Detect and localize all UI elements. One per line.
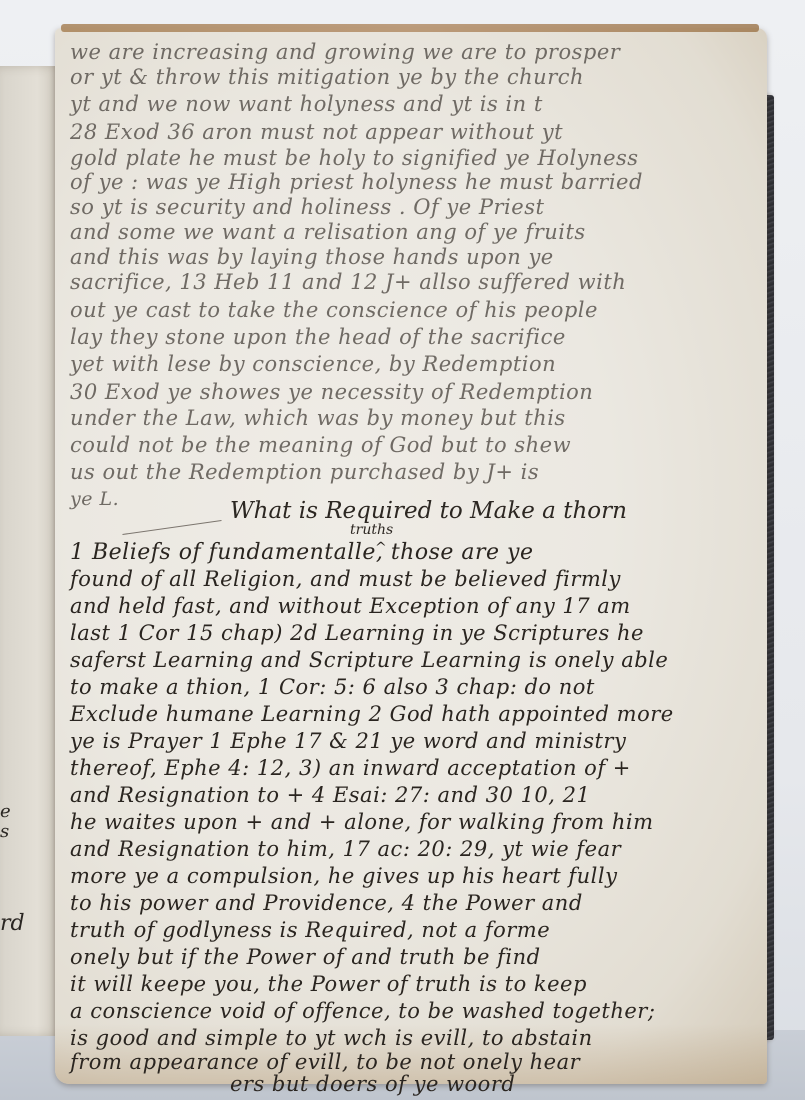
manuscript-line: truth of godlyness is Required, not a fo… (70, 918, 550, 942)
manuscript-line: of ye : was ye High priest holyness he m… (70, 170, 643, 194)
manuscript-line: or yt & throw this mitigation ye by the … (70, 65, 584, 89)
manuscript-line: yet with lese by conscience, by Redempti… (70, 352, 556, 376)
manuscript-line: lay they stone upon the head of the sacr… (70, 325, 566, 349)
manuscript-line: last 1 Cor 15 chap) 2d Learning in ye Sc… (70, 621, 644, 645)
manuscript-line: and this was by laying those hands upon … (70, 245, 554, 269)
manuscript-line: could not be the meaning of God but to s… (70, 433, 571, 457)
manuscript-line: under the Law, which was by money but th… (70, 406, 566, 430)
manuscript-line: thereof, Ephe 4: 12, 3) an inward accept… (70, 756, 631, 780)
manuscript-line: sacrifice, 13 Heb 11 and 12 J+ allso suf… (70, 270, 626, 294)
manuscript-line: to his power and Providence, 4 the Power… (70, 891, 583, 915)
manuscript-line: out ye cast to take the conscience of hi… (70, 298, 598, 322)
manuscript-line: is good and simple to yt wch is evill, t… (70, 1026, 593, 1050)
manuscript-line: so yt is security and holiness . Of ye P… (70, 195, 544, 219)
manuscript-line: to make a thion, 1 Cor: 5: 6 also 3 chap… (70, 675, 595, 699)
manuscript-line: and Resignation to him, 17 ac: 20: 29, y… (70, 837, 621, 861)
facing-page-fragment: e (0, 801, 11, 822)
manuscript-line: ers but doers of ye woord (230, 1072, 515, 1096)
manuscript-line: 30 Exod ye showes ye necessity of Redemp… (70, 380, 593, 404)
manuscript-line: and some we want a relisation ang of ye … (70, 220, 586, 244)
facing-page-fragment: s (0, 821, 9, 842)
facing-page-fragment: rd (0, 911, 25, 936)
manuscript-line: he waites upon + and + alone, for walkin… (70, 810, 653, 834)
manuscript-line: 1 Beliefs of fundamentalle, those are ye (70, 540, 534, 565)
manuscript-line: gold plate he must be holy to signified … (70, 146, 639, 170)
manuscript-line: yt and we now want holyness and yt is in… (70, 92, 543, 116)
manuscript-line: 28 Exod 36 aron must not appear without … (70, 120, 563, 144)
section-heading: What is Required to Make a thorn (230, 498, 627, 524)
manuscript-line: and held fast, and without Exception of … (70, 594, 631, 618)
inserted-word: truths (350, 522, 393, 538)
manuscript-line: us out the Redemption purchased by J+ is (70, 460, 539, 484)
manuscript-line: it will keepe you, the Power of truth is… (70, 972, 587, 996)
manuscript-line: a conscience void of offence, to be wash… (70, 999, 655, 1023)
manuscript-line: ye is Prayer 1 Ephe 17 & 21 ye word and … (70, 729, 626, 753)
manuscript-line: from appearance of evill, to be not onel… (70, 1050, 580, 1074)
manuscript-line: onely but if the Power of and truth be f… (70, 945, 541, 969)
manuscript-line: we are increasing and growing we are to … (70, 40, 620, 64)
manuscript-line: found of all Religion, and must be belie… (70, 567, 621, 591)
manuscript-line: and Resignation to + 4 Esai: 27: and 30 … (70, 783, 590, 807)
manuscript-line: Exclude humane Learning 2 God hath appoi… (70, 702, 674, 726)
manuscript-line: saferst Learning and Scripture Learning … (70, 648, 668, 672)
manuscript-line: more ye a compulsion, he gives up his he… (70, 864, 617, 888)
manuscript-line: ye L. (70, 488, 119, 510)
